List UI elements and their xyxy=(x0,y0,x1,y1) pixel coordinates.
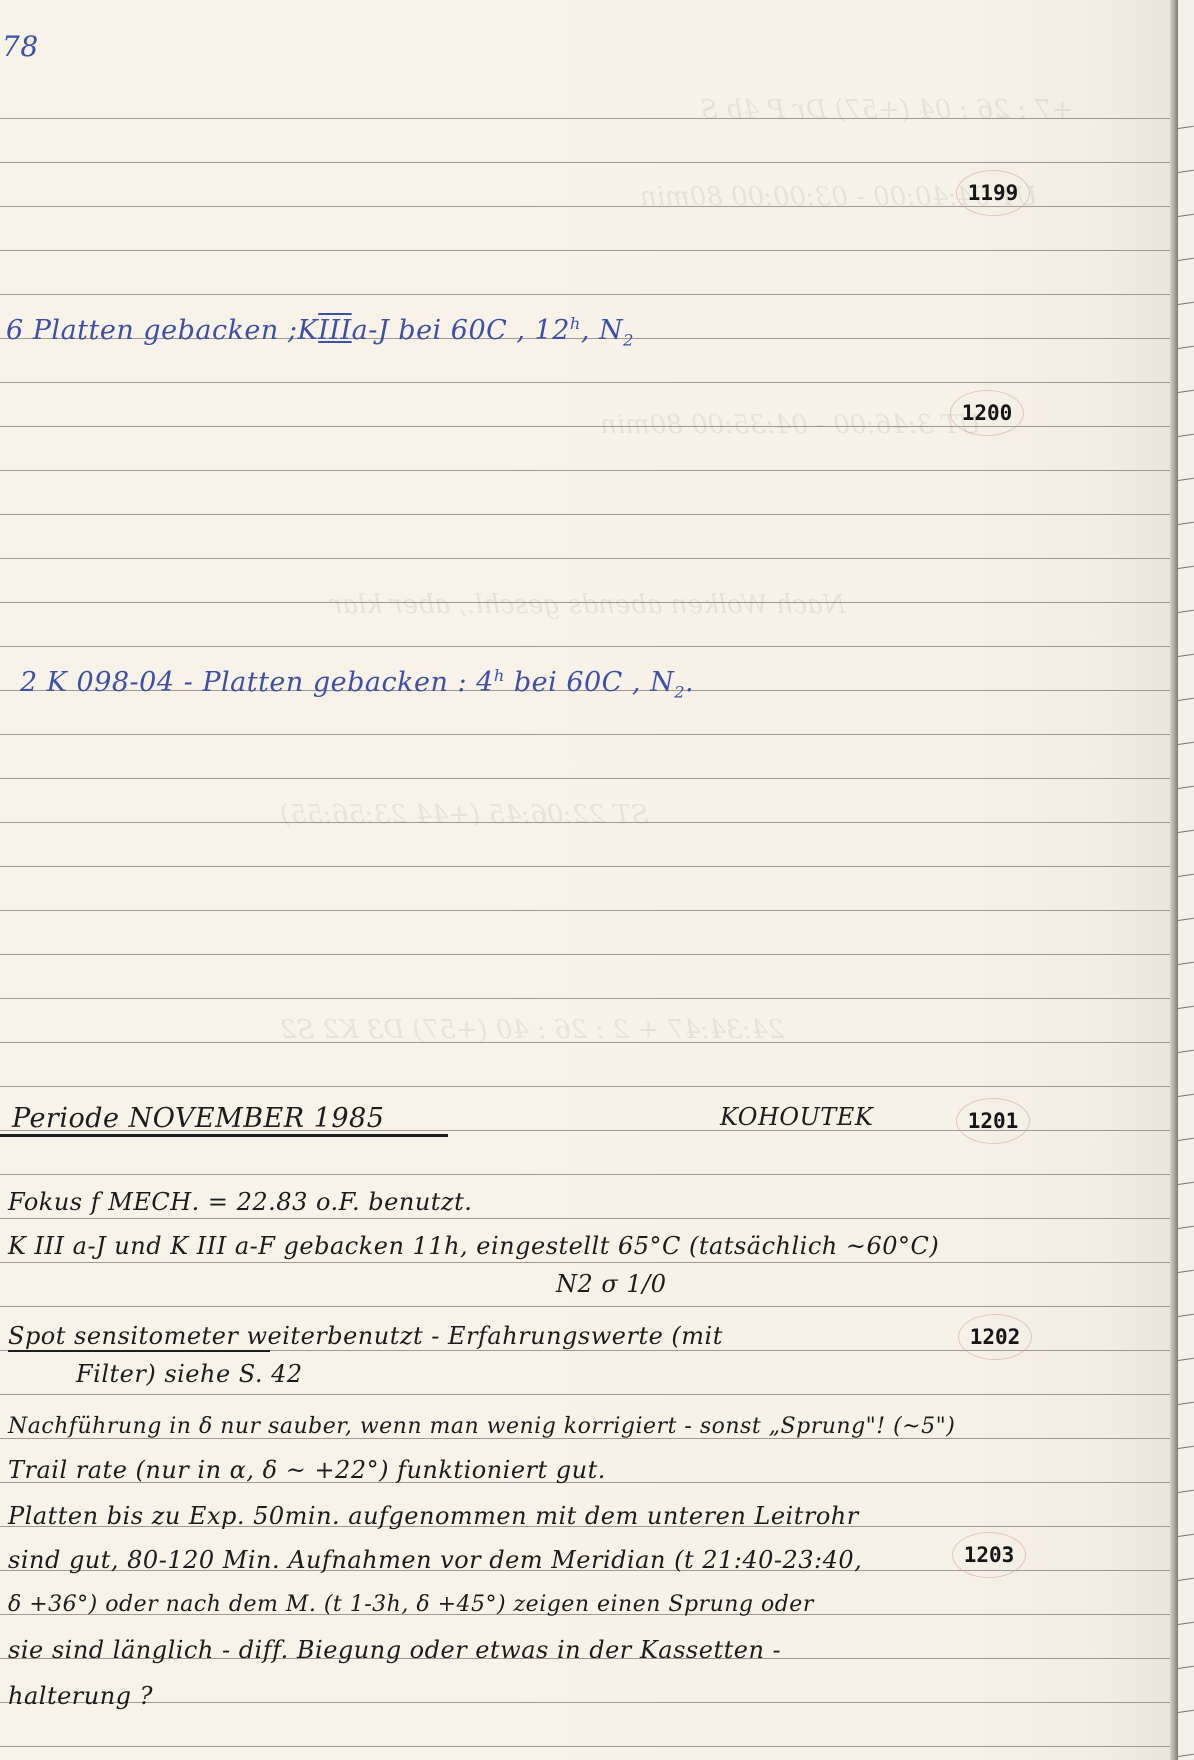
note-line: halterung ? xyxy=(8,1682,153,1710)
text-underline xyxy=(8,1350,270,1352)
entry-text: 2 K 098-04 - Platten gebacken : 4 xyxy=(20,667,494,698)
section-title: Periode NOVEMBER 1985 xyxy=(12,1103,384,1134)
stamp-number: 1202 xyxy=(970,1325,1021,1349)
ruled-line xyxy=(0,1262,1170,1263)
ruled-line xyxy=(0,1306,1170,1307)
bleed-through-text: UT 3:46:00 - 04:35:00 80min xyxy=(600,410,981,440)
note-line: Filter) siehe S. 42 xyxy=(76,1360,303,1388)
plate-number-stamp: 1201 xyxy=(956,1098,1030,1144)
plate-number-stamp: 1199 xyxy=(956,170,1030,216)
page-edge-shadow xyxy=(1170,0,1178,1760)
ruled-line xyxy=(0,250,1170,251)
entry-baking-6-plates: 6 Platten gebacken ;KIIIa-J bei 60C , 12… xyxy=(6,314,634,349)
note-line: Spot sensitometer weiterbenutzt - Erfahr… xyxy=(8,1322,723,1350)
entry-text: bei 60C , N xyxy=(505,667,674,698)
note-line: Trail rate (nur in α, δ ~ +22°) funktion… xyxy=(8,1456,606,1484)
notebook-page xyxy=(0,0,1176,1760)
entry-text: . xyxy=(685,667,694,698)
ruled-line xyxy=(0,1746,1170,1747)
stamp-number: 1200 xyxy=(962,401,1013,425)
ruled-line xyxy=(0,646,1170,647)
note-line: N2 σ 1/0 xyxy=(556,1270,667,1298)
stamp-number: 1199 xyxy=(968,181,1019,205)
entry-baking-2-plates: 2 K 098-04 - Platten gebacken : 4h bei 6… xyxy=(20,666,694,701)
bleed-through-text: Nach Wolken abends geschl., aber klar xyxy=(330,590,845,620)
stamp-number: 1201 xyxy=(968,1109,1019,1133)
ruled-line xyxy=(0,954,1170,955)
subscript: 2 xyxy=(623,330,634,349)
ruled-line xyxy=(0,294,1170,295)
stamp-number: 1203 xyxy=(964,1543,1015,1567)
ruled-line xyxy=(0,1174,1170,1175)
subscript: 2 xyxy=(674,682,685,701)
ruled-line xyxy=(0,558,1170,559)
superscript: h xyxy=(570,314,581,333)
entry-text: 6 Platten gebacken ;K xyxy=(6,315,318,346)
roman-numeral: III xyxy=(318,315,352,346)
bleed-through-text: 24:34:47 + 2 : 26 : 40 (+57) D3 K2 S2 xyxy=(280,1015,784,1045)
note-line: sind gut, 80-120 Min. Aufnahmen vor dem … xyxy=(8,1546,862,1574)
bleed-through-text: ST 22:06:45 (+44 23:56:55) xyxy=(280,800,649,830)
title-underline xyxy=(0,1134,448,1137)
ruled-line xyxy=(0,734,1170,735)
ruled-line xyxy=(0,1086,1170,1087)
superscript: h xyxy=(494,666,505,685)
note-line: Fokus f MECH. = 22.83 o.F. benutzt. xyxy=(8,1188,472,1216)
note-line: K III a-J und K III a-F gebacken 11h, ei… xyxy=(8,1232,939,1260)
ruled-line xyxy=(0,470,1170,471)
note-line: Nachführung in δ nur sauber, wenn man we… xyxy=(8,1414,955,1439)
note-line: Platten bis zu Exp. 50min. aufgenommen m… xyxy=(8,1502,859,1530)
object-name: KOHOUTEK xyxy=(720,1103,873,1131)
next-page-edge xyxy=(1178,0,1194,1760)
note-line: sie sind länglich - diff. Biegung oder e… xyxy=(8,1636,781,1664)
note-line: δ +36°) oder nach dem M. (t 1-3h, δ +45°… xyxy=(8,1592,814,1617)
ruled-line xyxy=(0,998,1170,999)
ruled-line xyxy=(0,162,1170,163)
plate-number-stamp: 1200 xyxy=(950,390,1024,436)
plate-number-stamp: 1202 xyxy=(958,1314,1032,1360)
ruled-line xyxy=(0,866,1170,867)
ruled-line xyxy=(0,1394,1170,1395)
entry-text: , N xyxy=(581,315,623,346)
bleed-through-text: +7 : 26 : 04 (+57) Dr P 4b S xyxy=(700,95,1073,125)
plate-number-stamp: 1203 xyxy=(952,1532,1026,1578)
ruled-line xyxy=(0,514,1170,515)
ruled-line xyxy=(0,778,1170,779)
ruled-line xyxy=(0,382,1170,383)
entry-text: a-J bei 60C , 12 xyxy=(352,315,570,346)
ruled-line xyxy=(0,1218,1170,1219)
ruled-line xyxy=(0,1702,1170,1703)
ruled-line xyxy=(0,910,1170,911)
page-number: 78 xyxy=(2,30,39,63)
